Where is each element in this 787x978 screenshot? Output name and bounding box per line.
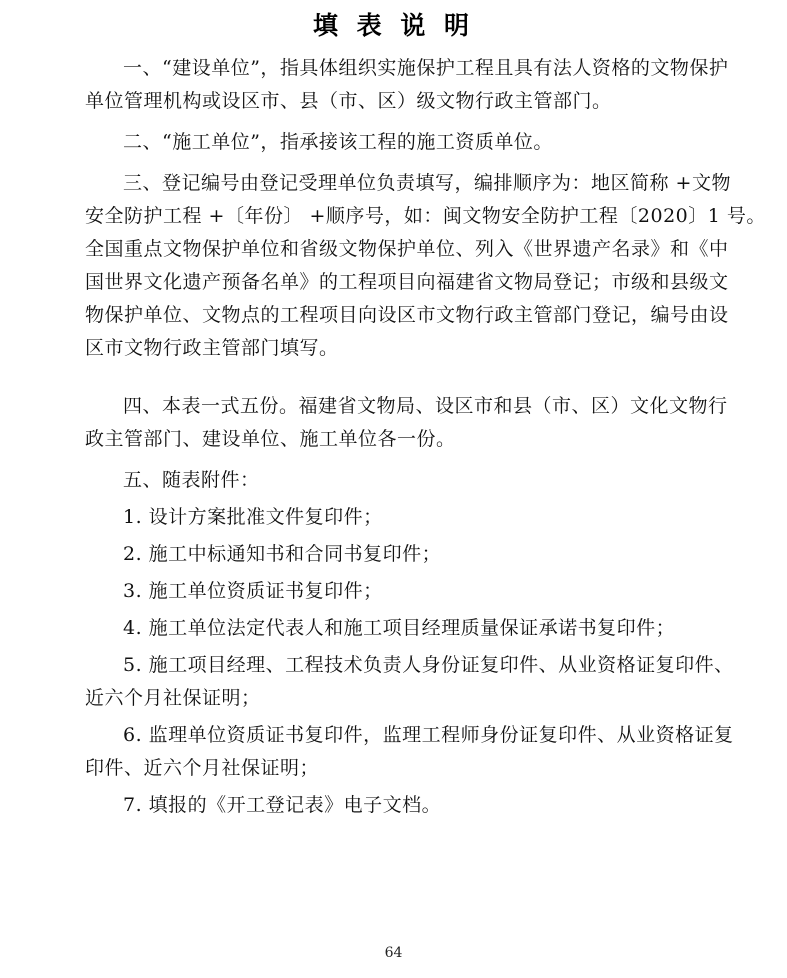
- para-5-attachments-heading: 五、随表附件：: [85, 464, 705, 497]
- text-line: 印件、近六个月社保证明；: [85, 752, 705, 785]
- text-line: 3. 施工单位资质证书复印件；: [85, 575, 705, 608]
- para-2-work-unit: 二、“施工单位”，指承接该工程的施工资质单位。: [85, 126, 705, 159]
- text-line: 四、本表一式五份。福建省文物局、设区市和县（市、区）文化文物行: [85, 390, 705, 423]
- text-line: 一、“建设单位”，指具体组织实施保护工程且具有法人资格的文物保护: [85, 52, 705, 85]
- attachment-item-1: 1. 设计方案批准文件复印件；: [85, 501, 705, 534]
- para-3-registration-number: 三、登记编号由登记受理单位负责填写，编排顺序为：地区简称 +文物安全防护工程 +…: [85, 167, 705, 365]
- attachment-item-6: 6. 监理单位资质证书复印件，监理工程师身份证复印件、从业资格证复印件、近六个月…: [85, 719, 705, 785]
- text-line: 三、登记编号由登记受理单位负责填写，编排顺序为：地区简称 +文物: [85, 167, 705, 200]
- text-line: 2. 施工中标通知书和合同书复印件；: [85, 538, 705, 571]
- attachment-item-5: 5. 施工项目经理、工程技术负责人身份证复印件、从业资格证复印件、近六个月社保证…: [85, 649, 705, 715]
- text-line: 五、随表附件：: [85, 464, 705, 497]
- attachment-item-7: 7. 填报的《开工登记表》电子文档。: [85, 789, 705, 822]
- text-line: 6. 监理单位资质证书复印件，监理工程师身份证复印件、从业资格证复: [85, 719, 705, 752]
- page-title: 填 表 说 明: [0, 0, 787, 42]
- text-line: 4. 施工单位法定代表人和施工项目经理质量保证承诺书复印件；: [85, 612, 705, 645]
- document-body: 一、“建设单位”，指具体组织实施保护工程且具有法人资格的文物保护单位管理机构或设…: [85, 52, 705, 822]
- page-number: 64: [0, 944, 787, 962]
- text-line: 区市文物行政主管部门填写。: [85, 332, 705, 365]
- text-line: 安全防护工程 +〔年份〕 +顺序号，如：闽文物安全防护工程〔2020〕1 号。: [85, 200, 705, 233]
- text-line: 7. 填报的《开工登记表》电子文档。: [85, 789, 705, 822]
- text-line: 近六个月社保证明；: [85, 682, 705, 715]
- text-line: 5. 施工项目经理、工程技术负责人身份证复印件、从业资格证复印件、: [85, 649, 705, 682]
- text-line: 国世界文化遗产预备名单》的工程项目向福建省文物局登记；市级和县级文: [85, 266, 705, 299]
- text-line: 1. 设计方案批准文件复印件；: [85, 501, 705, 534]
- para-4-copies: 四、本表一式五份。福建省文物局、设区市和县（市、区）文化文物行政主管部门、建设单…: [85, 390, 705, 456]
- text-line: 全国重点文物保护单位和省级文物保护单位、列入《世界遗产名录》和《中: [85, 233, 705, 266]
- text-line: 单位管理机构或设区市、县（市、区）级文物行政主管部门。: [85, 85, 705, 118]
- text-line: 二、“施工单位”，指承接该工程的施工资质单位。: [85, 126, 705, 159]
- para-1-construction-unit: 一、“建设单位”，指具体组织实施保护工程且具有法人资格的文物保护单位管理机构或设…: [85, 52, 705, 118]
- attachment-item-4: 4. 施工单位法定代表人和施工项目经理质量保证承诺书复印件；: [85, 612, 705, 645]
- attachment-item-3: 3. 施工单位资质证书复印件；: [85, 575, 705, 608]
- attachment-item-2: 2. 施工中标通知书和合同书复印件；: [85, 538, 705, 571]
- text-line: 政主管部门、建设单位、施工单位各一份。: [85, 423, 705, 456]
- text-line: 物保护单位、文物点的工程项目向设区市文物行政主管部门登记，编号由设: [85, 299, 705, 332]
- document-page: 填 表 说 明 一、“建设单位”，指具体组织实施保护工程且具有法人资格的文物保护…: [0, 0, 787, 978]
